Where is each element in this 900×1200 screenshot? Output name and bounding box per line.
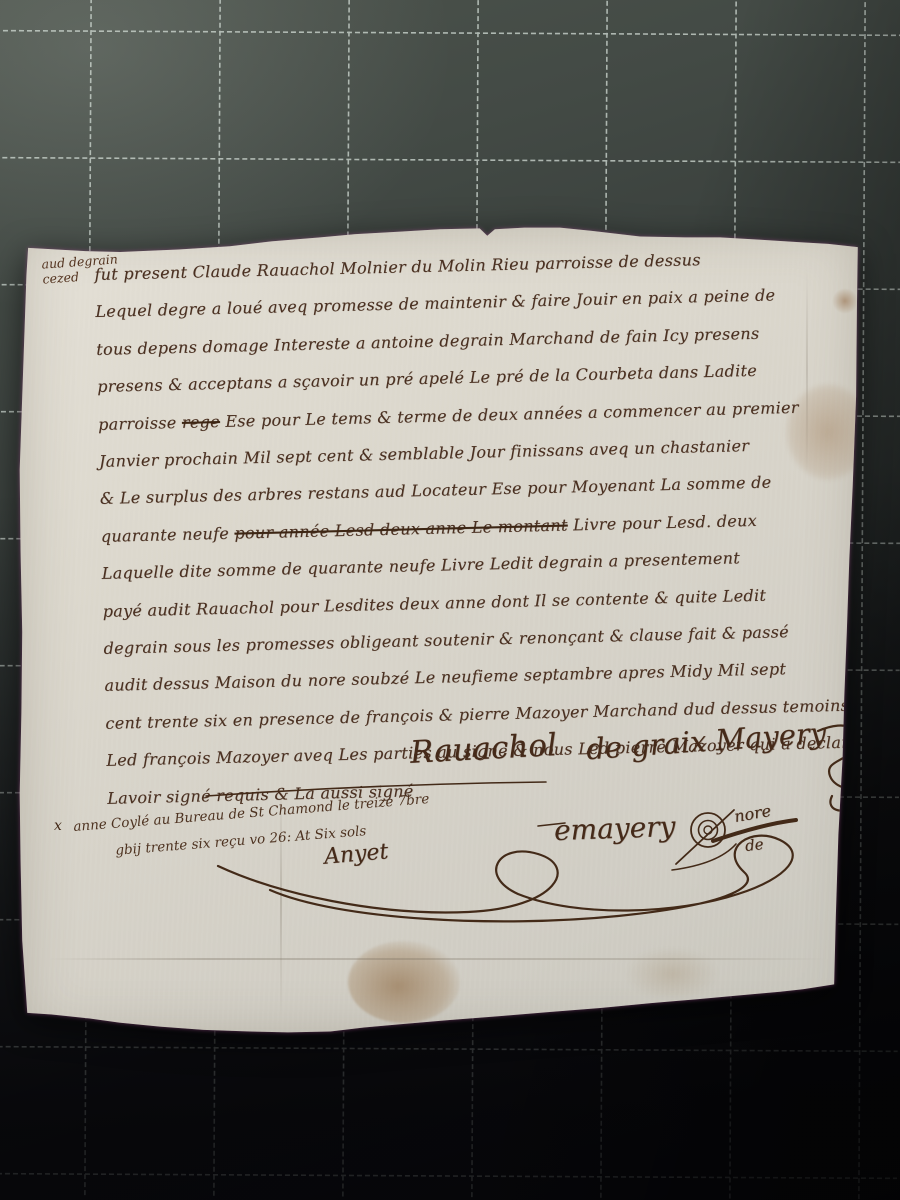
line-text: presens & acceptans a sçavoir un pré ape… bbox=[97, 361, 757, 396]
line-text: quarante neufe bbox=[101, 523, 235, 545]
signature-ravachol: Rauachol bbox=[409, 727, 558, 771]
emayery-paraph bbox=[699, 821, 718, 840]
line-text: fut present Claude Rauachol Molnier du M… bbox=[94, 250, 701, 284]
line-text: parroisse bbox=[98, 413, 182, 434]
line-text: Ese pour Le tems & terme de deux années … bbox=[220, 397, 799, 430]
paper-crease bbox=[48, 958, 828, 960]
photograph-of-manuscript: aud degrain cezed fut present Claude Rau… bbox=[0, 0, 900, 1200]
line-text: Janvier prochain Mil sept cent & semblab… bbox=[99, 436, 750, 471]
emayery-paraph bbox=[691, 813, 725, 847]
emayery-paraph bbox=[672, 844, 736, 870]
paper-stain bbox=[626, 948, 718, 1000]
paper-sheet: aud degrain cezed fut present Claude Rau… bbox=[18, 226, 862, 1038]
signature-emayery: emayery bbox=[553, 810, 675, 847]
insertion-mark: x bbox=[54, 818, 62, 834]
ink-stain bbox=[348, 941, 460, 1023]
emayery-paraph bbox=[676, 810, 734, 864]
emayery-paraph bbox=[704, 826, 712, 834]
line-text: Livre pour Lesd. deux bbox=[567, 511, 757, 535]
notary-abbreviation: nore bbox=[733, 801, 773, 826]
notary-abbreviation-sub: de bbox=[744, 835, 764, 855]
struck-text: rege bbox=[182, 412, 220, 432]
line-text: Laquelle dite somme de quarante neufe Li… bbox=[102, 549, 741, 584]
manuscript-paper: aud degrain cezed fut present Claude Rau… bbox=[18, 226, 862, 1038]
struck-text: pour année Lesd deux anne Le montant bbox=[234, 515, 568, 542]
